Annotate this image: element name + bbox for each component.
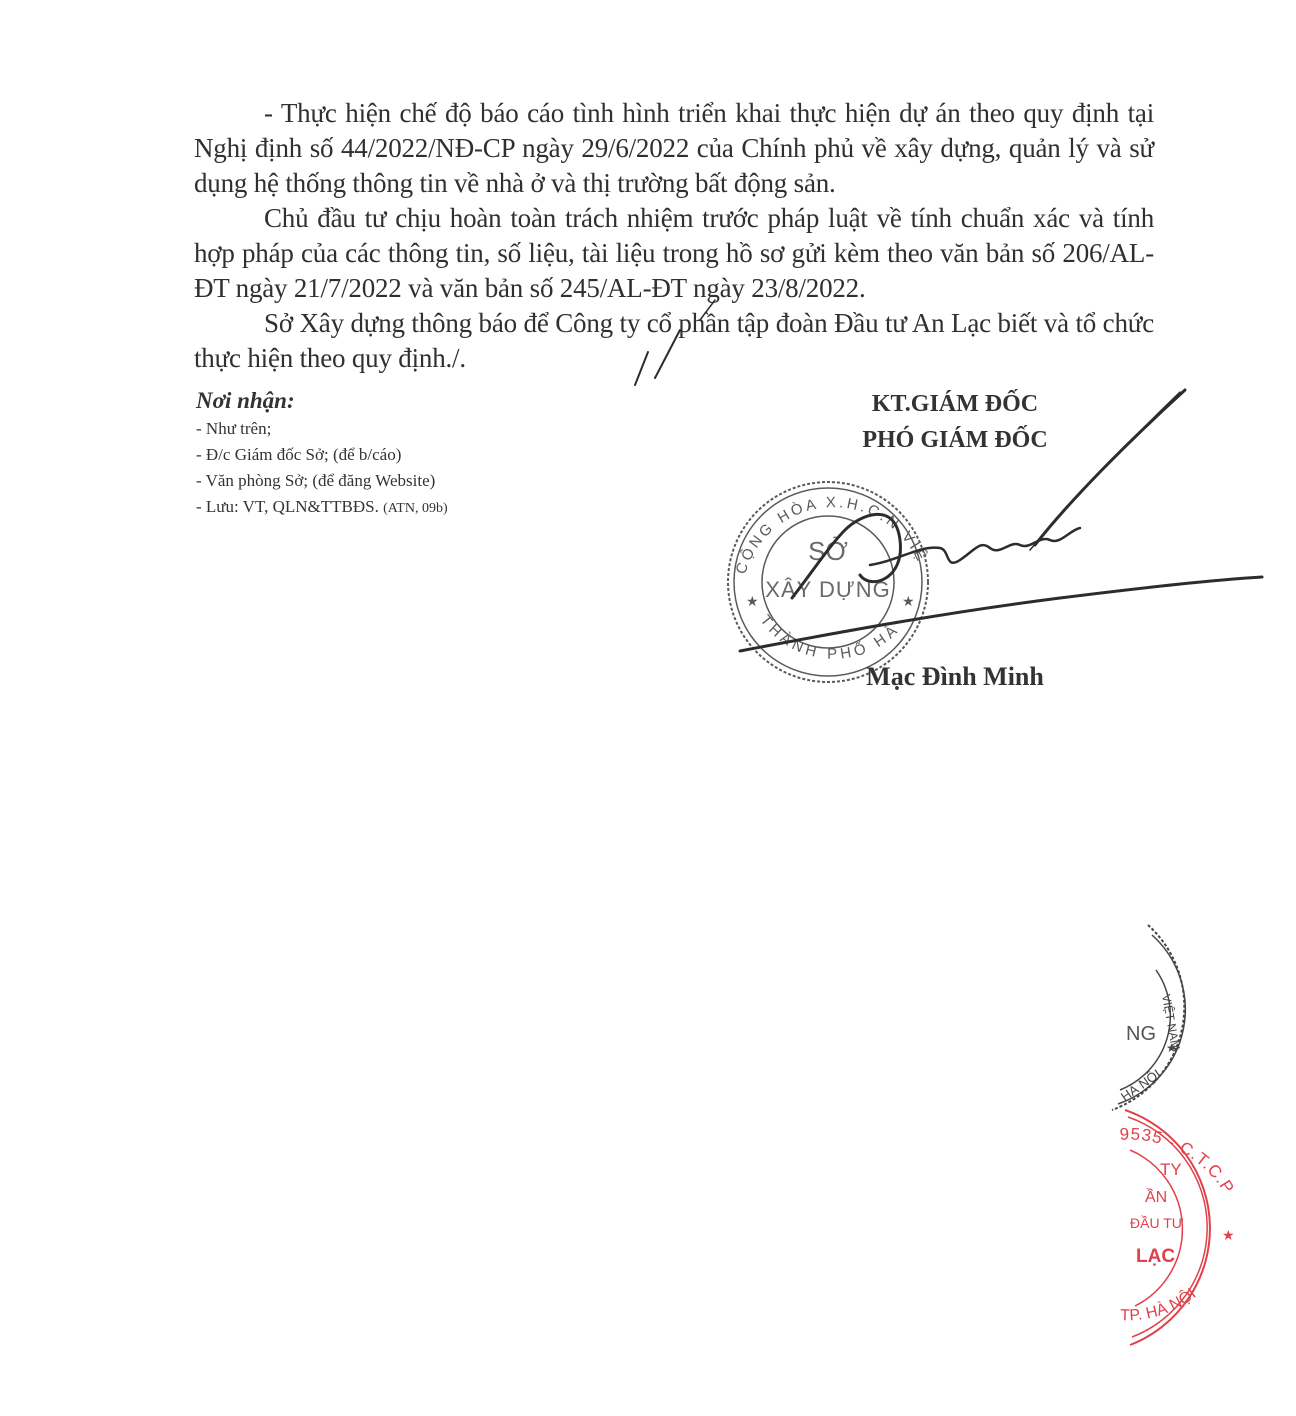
signer-name: Mạc Đình Minh <box>800 662 1110 692</box>
company-stamp-line1: TY <box>1160 1160 1182 1179</box>
star-icon: ★ <box>1166 1041 1177 1055</box>
company-stamp-line4: LẠC <box>1136 1246 1175 1267</box>
star-icon: ★ <box>746 595 759 610</box>
department-stamp-outer-bottom: THÀNH PHỐ HÀ NỘI <box>0 0 904 663</box>
company-stamp-outer-bottom: TP. HÀ NỘI <box>1120 1285 1199 1324</box>
company-stamp-line3: ĐẦU TƯ <box>1130 1215 1184 1231</box>
star-icon: ★ <box>1222 1229 1235 1244</box>
star-icon: ★ <box>902 595 915 610</box>
stamps-and-signature-layer: CỘNG HÒA X.H.C.N VIỆT NAM THÀNH PHỐ HÀ N… <box>0 0 1296 1416</box>
department-stamp-partial-center: NG <box>1126 1023 1156 1045</box>
department-stamp-partial-bottom: HÀ NỘI <box>1118 1066 1163 1104</box>
company-stamp-line2: ẦN <box>1145 1187 1167 1206</box>
